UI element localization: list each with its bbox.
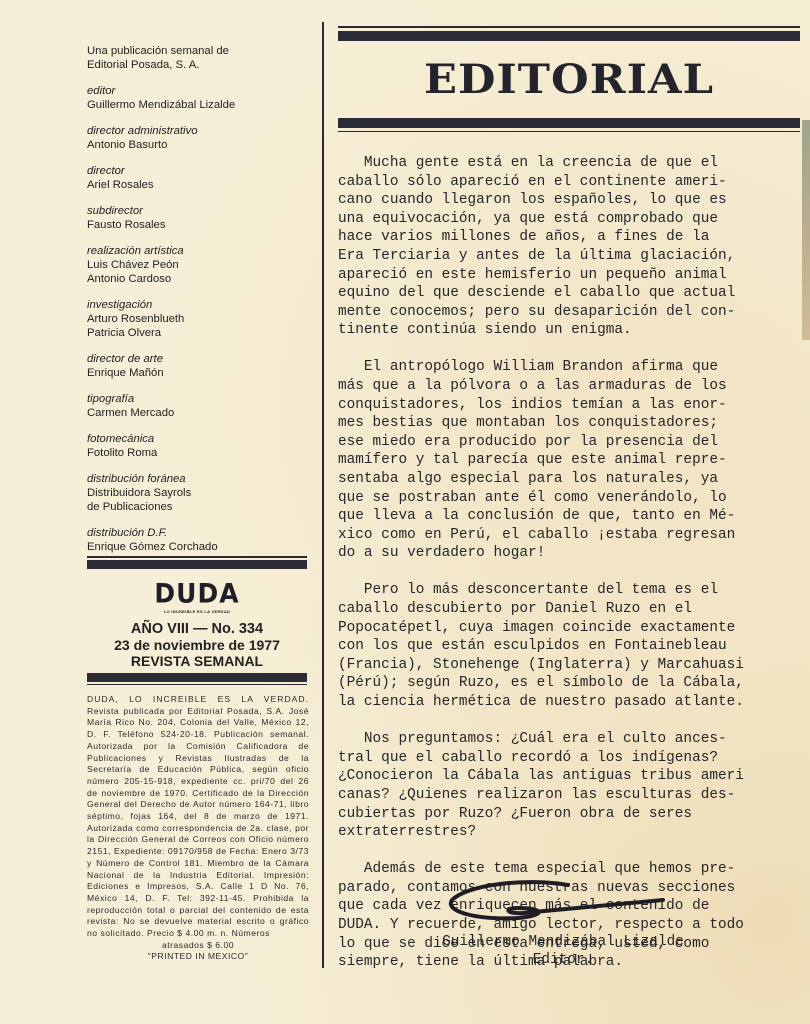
text-line: (Francia), Stonehenge (Inglaterra) y Mar… — [338, 656, 800, 675]
credit-role: subdirector — [87, 204, 307, 218]
issue-date: 23 de noviembre de 1977 — [87, 637, 307, 653]
credit-name: Ariel Rosales — [87, 178, 307, 192]
editorial-paragraph: Pero lo más desconcertante del tema es e… — [338, 581, 800, 711]
publisher-intro: Una publicación semanal de Editorial Pos… — [87, 44, 307, 72]
text-line: más que a la pólvora o a las armaduras d… — [338, 377, 800, 396]
credit-entry: distribución D.F.Enrique Gómez Corchado — [87, 526, 307, 554]
text-line: Era Terciaria y antes de la última glaci… — [338, 247, 800, 266]
text-line: hace varios millones de años, a fines de… — [338, 228, 800, 247]
text-line: El antropólogo William Brandon afirma qu… — [338, 358, 800, 377]
text-line: caballo descubierto por Daniel Ruzo en e… — [338, 600, 800, 619]
credit-name: Carmen Mercado — [87, 406, 307, 420]
rule — [87, 556, 307, 558]
credit-role: director administrativo — [87, 124, 307, 138]
text-line: Popocatépetl, cuya imagen coincide exact… — [338, 619, 800, 638]
text-line: conquistadores, los indios temían a las … — [338, 396, 800, 415]
credit-name: Antonio Basurto — [87, 138, 307, 152]
credit-role: director — [87, 164, 307, 178]
credit-role: tipografía — [87, 392, 307, 406]
text-line: Mucha gente está en la creencia de que e… — [338, 154, 800, 173]
rule — [338, 31, 800, 41]
signer-name: Guillermo Mendizábal Lizalde — [338, 933, 788, 951]
rule — [338, 131, 800, 133]
credit-entry: distribución foráneaDistribuidora Sayrol… — [87, 472, 307, 514]
text-line: con los que están esculpidos en Fontaine… — [338, 637, 800, 656]
credit-name: Arturo Rosenblueth — [87, 312, 307, 326]
page-edge-stain — [802, 120, 810, 340]
editorial-title: EDITORIAL — [320, 55, 810, 105]
credit-entry: director administrativoAntonio Basurto — [87, 124, 307, 152]
text-line: cubiertas por Ruzo? ¿Fueron obra de sere… — [338, 805, 800, 824]
text-line: extraterrestres? — [338, 823, 800, 842]
text-line: xico como en Perú, el caballo ¡estaba re… — [338, 526, 800, 545]
legal-text: Revista publicada por Editorial Posada, … — [87, 706, 309, 938]
credit-role: realización artística — [87, 244, 307, 258]
credit-name: Distribuidora Sayrols — [87, 486, 307, 500]
text-line: tral que el caballo recordó a los indíge… — [338, 749, 800, 768]
intro-line: Editorial Posada, S. A. — [87, 58, 307, 72]
credit-name: Luis Chávez Peón — [87, 258, 307, 272]
credit-name: Enrique Mañón — [87, 366, 307, 380]
credit-entry: editorGuillermo Mendizábal Lizalde — [87, 84, 307, 112]
legal-heading: DUDA, LO INCREIBLE ES LA VERDAD. — [87, 694, 309, 704]
credit-role: investigación — [87, 298, 307, 312]
rule — [87, 673, 307, 682]
credit-entry: subdirectorFausto Rosales — [87, 204, 307, 232]
credit-name: de Publicaciones — [87, 500, 307, 514]
text-line: (Pérú); según Ruzo, es el símbolo de la … — [338, 674, 800, 693]
credit-name: Fotolito Roma — [87, 446, 307, 460]
credit-name: Antonio Cardoso — [87, 272, 307, 286]
text-line: que lleva a la conclusión de que, tanto … — [338, 507, 800, 526]
logo-tagline: LO INCREIBLE ES LA VERDAD — [87, 609, 307, 614]
intro-line: Una publicación semanal de — [87, 44, 307, 58]
issue-frequency: REVISTA SEMANAL — [87, 653, 307, 669]
editorial-column: EDITORIAL Mucha gente está en la creenci… — [338, 26, 800, 990]
credit-role: distribución D.F. — [87, 526, 307, 540]
text-line: Pero lo más desconcertante del tema es e… — [338, 581, 800, 600]
text-line: apareció en este hemisferio un pequeño a… — [338, 266, 800, 285]
text-line: do a su verdadero hogar! — [338, 544, 800, 563]
credit-role: distribución foránea — [87, 472, 307, 486]
rule — [338, 26, 800, 28]
credit-name: Fausto Rosales — [87, 218, 307, 232]
text-line: ¿Conocieron la Cábala las antiguas tribu… — [338, 767, 800, 786]
text-line: que se postraban ante él como venerándol… — [338, 489, 800, 508]
issue-number: AÑO VIII — No. 334 — [87, 621, 307, 637]
text-line: caballo sólo apareció en el continente a… — [338, 173, 800, 192]
rule — [87, 560, 307, 569]
text-line: cano cuando llegaron los españoles, lo q… — [338, 191, 800, 210]
credit-entry: tipografíaCarmen Mercado — [87, 392, 307, 420]
credit-entry: investigaciónArturo RosenbluethPatricia … — [87, 298, 307, 340]
text-line: la ciencia hermética de nuestro pasado a… — [338, 693, 800, 712]
text-line: Nos preguntamos: ¿Cuál era el culto ance… — [338, 730, 800, 749]
credit-role: editor — [87, 84, 307, 98]
rule — [87, 684, 307, 686]
signature-icon — [448, 880, 668, 930]
credit-entry: directorAriel Rosales — [87, 164, 307, 192]
back-issues-price: atrasados $ 6.00 — [87, 940, 309, 952]
staff-credits: Una publicación semanal de Editorial Pos… — [87, 44, 307, 566]
credit-name: Patricia Olvera — [87, 326, 307, 340]
text-line: mes bestias que montaban los conquistado… — [338, 414, 800, 433]
editorial-paragraph: El antropólogo William Brandon afirma qu… — [338, 358, 800, 563]
text-line: mente conocemos; pero su desaparición de… — [338, 303, 800, 322]
text-line: Además de este tema especial que hemos p… — [338, 860, 800, 879]
text-line: una equivocación, ya que está comprobado… — [338, 210, 800, 229]
masthead: DUDA LO INCREIBLE ES LA VERDAD AÑO VIII … — [87, 556, 307, 685]
rule — [338, 118, 800, 128]
credit-entry: fotomecánicaFotolito Roma — [87, 432, 307, 460]
credit-entry: realización artísticaLuis Chávez PeónAnt… — [87, 244, 307, 286]
editorial-paragraph: Mucha gente está en la creencia de que e… — [338, 154, 800, 340]
text-line: tinente continúa siendo un enigma. — [338, 321, 800, 340]
printed-in: "PRINTED IN MEXICO" — [87, 951, 309, 963]
signature-block: Guillermo Mendizábal Lizalde Editor. — [338, 933, 788, 969]
credits-list: editorGuillermo Mendizábal Lizaldedirect… — [87, 84, 307, 554]
credit-name: Guillermo Mendizábal Lizalde — [87, 98, 307, 112]
editorial-paragraph: Nos preguntamos: ¿Cuál era el culto ance… — [338, 730, 800, 842]
text-line: sentaba algo especial para los naturales… — [338, 470, 800, 489]
credit-role: fotomecánica — [87, 432, 307, 446]
duda-logo: DUDA — [87, 578, 307, 608]
text-line: equino del que desciende el caballo que … — [338, 284, 800, 303]
text-line: canas? ¿Quienes realizaron las escultura… — [338, 786, 800, 805]
signer-title: Editor. — [338, 951, 788, 969]
text-line: ese miedo era producido por la presencia… — [338, 433, 800, 452]
column-divider — [322, 22, 324, 968]
credit-entry: director de arteEnrique Mañón — [87, 352, 307, 380]
credit-role: director de arte — [87, 352, 307, 366]
magazine-page: Una publicación semanal de Editorial Pos… — [0, 0, 810, 1024]
issue-info: AÑO VIII — No. 334 23 de noviembre de 19… — [87, 621, 307, 669]
editorial-body: Mucha gente está en la creencia de que e… — [338, 154, 800, 972]
text-line: mamífero y tal parecía que este animal r… — [338, 451, 800, 470]
credit-name: Enrique Gómez Corchado — [87, 540, 307, 554]
legal-notice: DUDA, LO INCREIBLE ES LA VERDAD. Revista… — [87, 694, 309, 963]
